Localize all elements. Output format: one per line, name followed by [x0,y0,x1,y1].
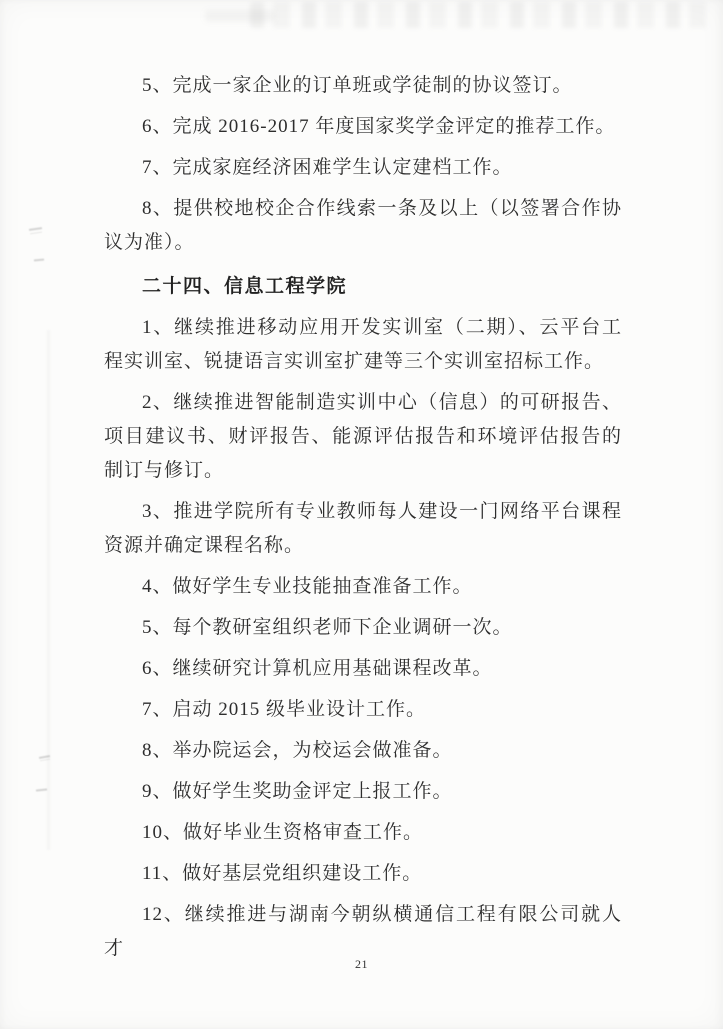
document-body: 5、完成一家企业的订单班或学徒制的协议签订。 6、完成 2016-2017 年度… [104,69,622,966]
numbered-list-item: 9、做好学生奖助金评定上报工作。 [104,775,622,809]
numbered-list-item: 11、做好基层党组织建设工作。 [104,857,622,891]
numbered-list-item: 12、继续推进与湖南今朝纵横通信工程有限公司就人才 [104,898,622,966]
numbered-list-item: 10、做好毕业生资格审查工作。 [104,816,622,850]
section-item-list: 1、继续推进移动应用开发实训室（二期）、云平台工程实训室、锐捷语言实训室扩建等三… [104,311,622,966]
numbered-list-item: 2、继续推进智能制造实训中心（信息）的可研报告、项目建议书、财评报告、能源评估报… [104,386,622,488]
numbered-list-item: 8、举办院运会，为校运会做准备。 [104,734,622,768]
scan-streak-left [47,330,50,850]
numbered-list-item: 3、推进学院所有专业教师每人建设一门网络平台课程资源并确定课程名称。 [104,495,622,563]
section-heading: 二十四、信息工程学院 [104,270,622,304]
scan-mark-left-1 [29,227,42,231]
numbered-list-item: 4、做好学生专业技能抽查准备工作。 [104,570,622,604]
scanned-document-page: 5、完成一家企业的订单班或学徒制的协议签订。 6、完成 2016-2017 年度… [0,0,723,1029]
scan-smudge-top-small [205,10,275,22]
scan-mark-left-3 [39,755,50,759]
numbered-list-item: 7、完成家庭经济困难学生认定建档工作。 [104,151,622,185]
numbered-list-item: 6、完成 2016-2017 年度国家奖学金评定的推荐工作。 [104,110,622,144]
scan-mark-left-2 [34,259,44,262]
numbered-list-item: 5、每个教研室组织老师下企业调研一次。 [104,611,622,645]
numbered-list-item: 8、提供校地校企合作线索一条及以上（以签署合作协议为准）。 [104,192,622,260]
numbered-list-item: 7、启动 2015 级毕业设计工作。 [104,693,622,727]
page-number: 21 [0,957,723,972]
scan-mark-left-4 [36,788,47,791]
scan-smudge-top [250,2,710,28]
numbered-list-item: 6、继续研究计算机应用基础课程改革。 [104,652,622,686]
numbered-list-item: 5、完成一家企业的订单班或学徒制的协议签订。 [104,69,622,103]
previous-section-item-list: 5、完成一家企业的订单班或学徒制的协议签订。 6、完成 2016-2017 年度… [104,69,622,260]
numbered-list-item: 1、继续推进移动应用开发实训室（二期）、云平台工程实训室、锐捷语言实训室扩建等三… [104,311,622,379]
